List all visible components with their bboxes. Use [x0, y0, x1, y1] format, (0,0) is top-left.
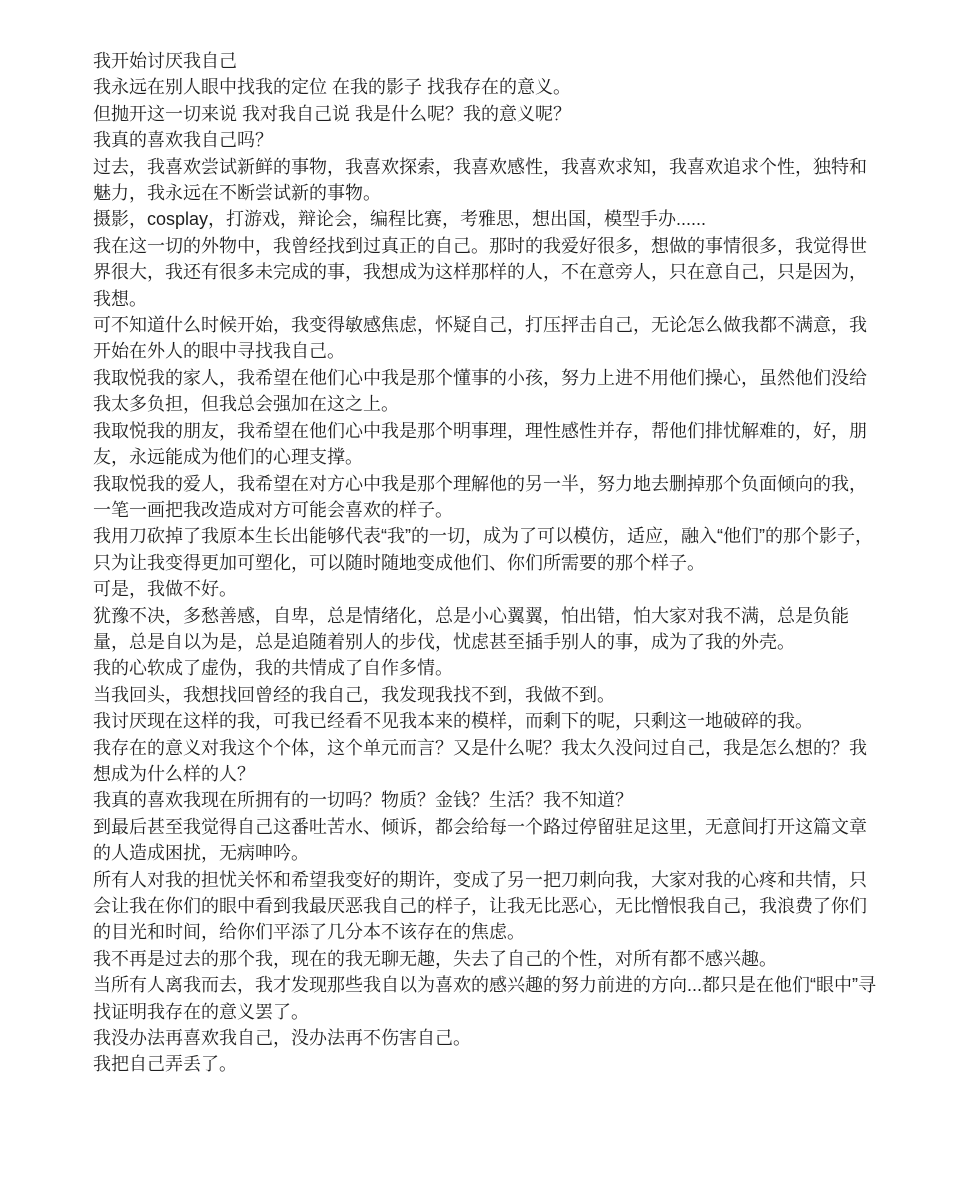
essay-paragraph: 我开始讨厌我自己 [93, 48, 883, 74]
essay-paragraph: 可是，我做不好。 [93, 576, 883, 602]
essay-paragraph: 我讨厌现在这样的我，可我已经看不见我本来的模样，而剩下的呢，只剩这一地破碎的我。 [93, 708, 883, 734]
essay-paragraph: 我不再是过去的那个我，现在的我无聊无趣，失去了自己的个性，对所有都不感兴趣。 [93, 946, 883, 972]
essay-paragraph: 我真的喜欢我现在所拥有的一切吗？物质？金钱？生活？我不知道？ [93, 787, 883, 813]
essay-paragraph: 我取悦我的朋友，我希望在他们心中我是那个明事理，理性感性并存，帮他们排忧解难的，… [93, 418, 883, 471]
text-post-page: 我开始讨厌我自己我永远在别人眼中找我的定位 在我的影子 找我存在的意义。但抛开这… [0, 0, 979, 1200]
essay-paragraph: 我永远在别人眼中找我的定位 在我的影子 找我存在的意义。 [93, 74, 883, 100]
essay-paragraph: 当我回头，我想找回曾经的我自己，我发现我找不到，我做不到。 [93, 682, 883, 708]
essay-paragraph: 当所有人离我而去，我才发现那些我自以为喜欢的感兴趣的努力前进的方向...都只是在… [93, 972, 883, 1025]
essay-paragraph: 可不知道什么时候开始，我变得敏感焦虑，怀疑自己，打压抨击自己，无论怎么做我都不满… [93, 312, 883, 365]
essay-paragraph: 我在这一切的外物中，我曾经找到过真正的自己。那时的我爱好很多，想做的事情很多，我… [93, 233, 883, 312]
essay-paragraph: 我存在的意义对我这个个体，这个单元而言？又是什么呢？我太久没问过自己，我是怎么想… [93, 735, 883, 788]
essay-paragraph: 我取悦我的爱人，我希望在对方心中我是那个理解他的另一半，努力地去删掉那个负面倾向… [93, 471, 883, 524]
essay-paragraph: 犹豫不决，多愁善感，自卑，总是情绪化，总是小心翼翼，怕出错，怕大家对我不满，总是… [93, 603, 883, 656]
essay-paragraph: 但抛开这一切来说 我对我自己说 我是什么呢？我的意义呢？ [93, 101, 883, 127]
essay-paragraph: 过去，我喜欢尝试新鲜的事物，我喜欢探索，我喜欢感性，我喜欢求知，我喜欢追求个性，… [93, 154, 883, 207]
essay-paragraph: 我的心软成了虚伪，我的共情成了自作多情。 [93, 655, 883, 681]
essay-paragraph: 所有人对我的担忧关怀和希望我变好的期许，变成了另一把刀刺向我，大家对我的心疼和共… [93, 867, 883, 946]
essay-text-block: 我开始讨厌我自己我永远在别人眼中找我的定位 在我的影子 找我存在的意义。但抛开这… [93, 48, 883, 1078]
essay-paragraph: 到最后甚至我觉得自己这番吐苦水、倾诉，都会给每一个路过停留驻足这里，无意间打开这… [93, 814, 883, 867]
essay-paragraph: 我把自己弄丢了。 [93, 1051, 883, 1077]
essay-paragraph: 我没办法再喜欢我自己，没办法再不伤害自己。 [93, 1025, 883, 1051]
essay-paragraph: 我真的喜欢我自己吗？ [93, 127, 883, 153]
essay-paragraph: 我取悦我的家人，我希望在他们心中我是那个懂事的小孩，努力上进不用他们操心，虽然他… [93, 365, 883, 418]
essay-paragraph: 我用刀砍掉了我原本生长出能够代表“我”的一切，成为了可以模仿，适应，融入“他们”… [93, 523, 883, 576]
essay-paragraph: 摄影，cosplay，打游戏，辩论会，编程比赛，考雅思，想出国，模型手办....… [93, 206, 883, 232]
